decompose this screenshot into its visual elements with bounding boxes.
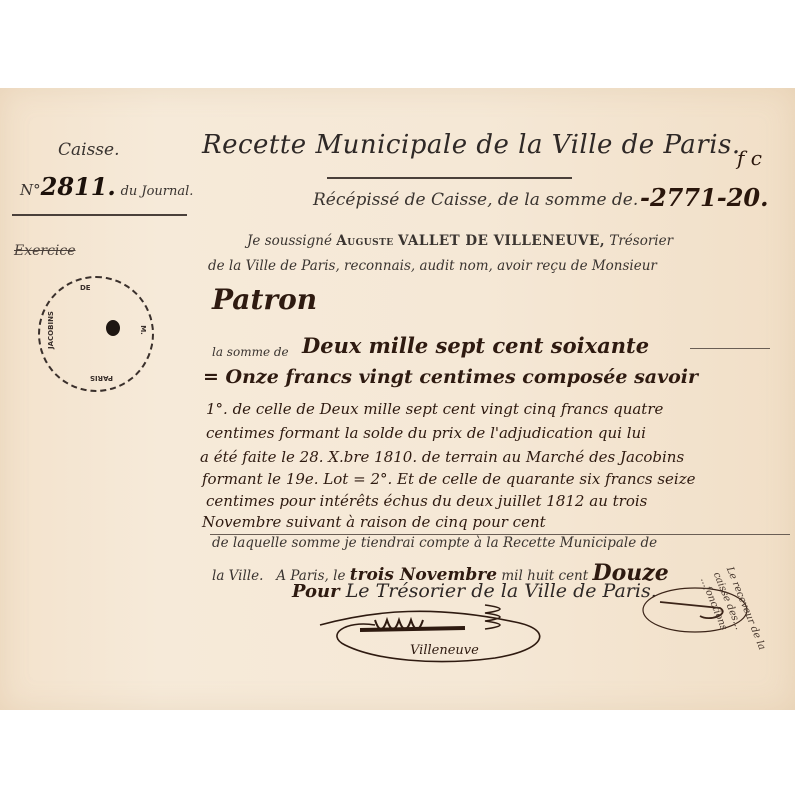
payer-name: Patron xyxy=(212,283,317,316)
handwritten-line: centimes formant la solde du prix de l'a… xyxy=(206,424,646,442)
caisse-label: Caisse. xyxy=(58,140,120,160)
ink-blot xyxy=(106,320,120,336)
exercice-label: Exercice xyxy=(14,243,76,259)
stamp-text-right: M. xyxy=(139,325,147,335)
numero-value: 2811. xyxy=(41,172,116,201)
pour-handwritten: Pour xyxy=(292,581,340,602)
handwritten-line: Novembre suivant à raison de cinq pour c… xyxy=(202,513,546,531)
circular-stamp: DE JACOBINS PARIS M. xyxy=(38,276,154,392)
closing-line-1: de laquelle somme je tiendrai compte à l… xyxy=(212,535,657,551)
declaration-line-2: de la Ville de Paris, reconnais, audit n… xyxy=(208,258,657,274)
signature-flourish-icon: Villeneuve xyxy=(315,600,575,670)
handwritten-line: 1°. de celle de Deux mille sept cent vin… xyxy=(206,400,663,418)
signature-text: Villeneuve xyxy=(410,643,479,658)
handwritten-line: = Onze francs vingt centimes composée sa… xyxy=(203,366,698,388)
handwritten-line: a été faite le 28. X.bre 1810. de terrai… xyxy=(200,448,684,466)
document-title: Recette Municipale de la Ville de Paris. xyxy=(202,130,741,160)
stamp-text-left: JACOBINS xyxy=(47,311,55,349)
la-ville-text: la Ville. xyxy=(212,568,263,584)
stamp-text-top: DE xyxy=(80,284,91,292)
journal-label: du Journal. xyxy=(121,184,194,199)
journal-number: N°2811. du Journal. xyxy=(20,172,193,201)
declaration-line-1: Je soussigné Auguste VALLET DE VILLENEUV… xyxy=(247,233,673,249)
treasurer-first-name: Auguste xyxy=(336,233,393,249)
filler-line xyxy=(690,348,770,349)
receipt-label: Récépissé de Caisse, de la somme de. xyxy=(313,190,638,210)
soussigne-text: Je soussigné xyxy=(247,233,332,249)
receipt-amount: -2771-20. xyxy=(640,183,768,212)
title-underline xyxy=(327,177,572,179)
treasurer-last-name: VALLET DE VILLENEUVE, xyxy=(398,233,605,249)
handwritten-line: centimes pour intérêts échus du deux jui… xyxy=(206,492,647,510)
numero-prefix: N° xyxy=(20,181,41,199)
signature-title: Pour Le Trésorier de la Ville de Paris. xyxy=(292,580,657,602)
handwritten-line: Deux mille sept cent soixante xyxy=(302,333,649,358)
handwritten-line: formant le 19e. Lot = 2°. Et de celle de… xyxy=(202,470,696,488)
tresorier-line: Le Trésorier de la Ville de Paris. xyxy=(346,580,657,602)
tresorier-text: Trésorier xyxy=(609,233,673,249)
left-divider xyxy=(12,214,187,216)
stamp-text-bottom: PARIS xyxy=(90,374,113,382)
amount-units: f c xyxy=(737,146,762,170)
somme-label: la somme de xyxy=(212,345,289,359)
